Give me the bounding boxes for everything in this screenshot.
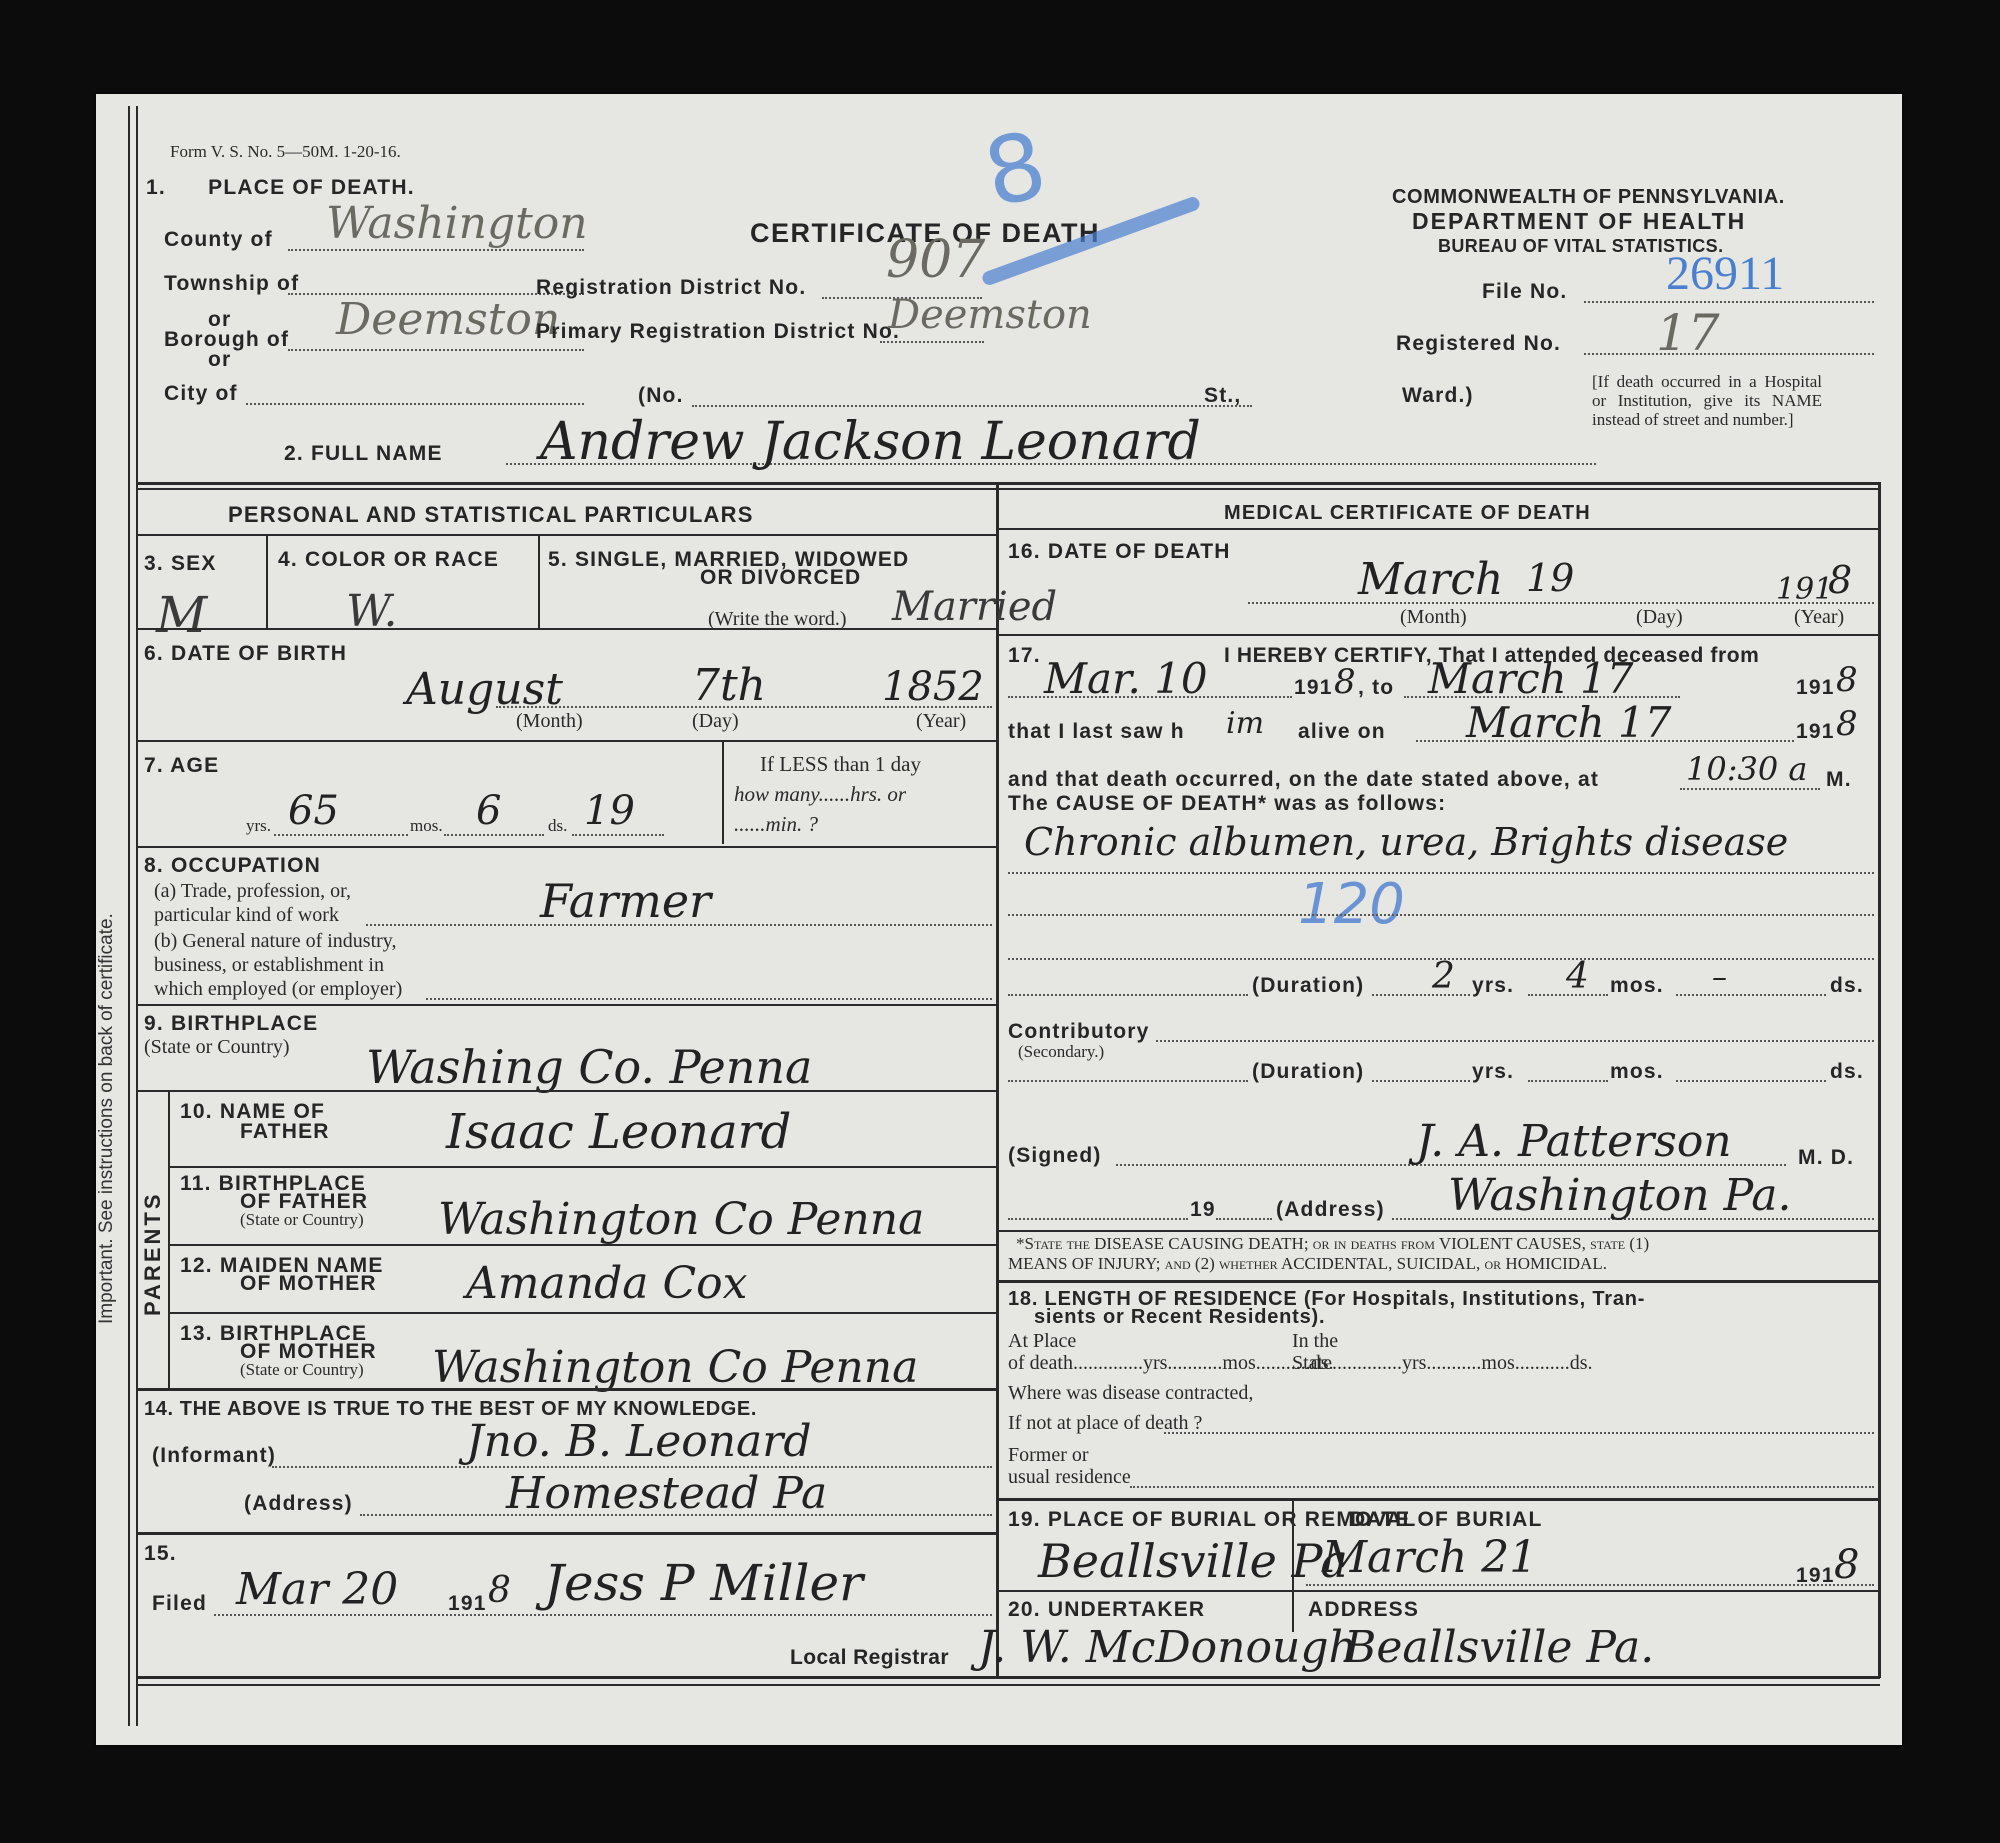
undertaker-address-value: Beallsville Pa. — [1344, 1622, 1654, 1673]
contracted-line — [1164, 1432, 1874, 1434]
duration-months-unit: mos. — [1610, 974, 1664, 998]
county-label: County of — [164, 228, 273, 252]
cause-code-value: 120 — [1298, 872, 1405, 937]
footnote-line-2: MEANS OF INJURY; and (2) whether ACCIDEN… — [1008, 1254, 1607, 1274]
primary-district-value: Deemston — [888, 292, 1092, 338]
occupation-label: 8. OCCUPATION — [144, 854, 321, 878]
dod-month-caption: (Month) — [1400, 606, 1467, 629]
rule-informant — [136, 1388, 996, 1391]
rule-footnote — [996, 1230, 1880, 1232]
physician-address-value: Washington Pa. — [1448, 1170, 1791, 1221]
rule-mother-bp — [168, 1312, 996, 1314]
local-registrar-label: Local Registrar — [790, 1646, 949, 1670]
sex-race-divider — [266, 534, 268, 628]
duration2-label: (Duration) — [1252, 1060, 1364, 1084]
dod-day-caption: (Day) — [1636, 606, 1683, 629]
time-line — [1680, 788, 1820, 790]
burial-year-suffix: 8 — [1834, 1542, 1859, 1588]
residence-label-2: sients or Recent Residents). — [1034, 1306, 1325, 1329]
grid-top-rule-2 — [136, 488, 1880, 490]
last-saw-year-suffix: 8 — [1836, 704, 1858, 744]
age-days-line — [572, 834, 664, 836]
undertaker-label: 20. UNDERTAKER — [1008, 1598, 1205, 1622]
mother-name-value: Amanda Cox — [466, 1258, 747, 1309]
age-months-unit: mos. — [410, 816, 443, 836]
father-name-label-2: FATHER — [240, 1120, 330, 1144]
signed-date-line — [1008, 1218, 1188, 1220]
occupation-b-line — [426, 998, 992, 1000]
grid-bottom-rule-2 — [136, 1684, 1880, 1686]
death-occurred-label: and that death occurred, on the date sta… — [1008, 768, 1599, 792]
registered-number-label: Registered No. — [1396, 332, 1561, 356]
occupation-a-1: (a) Trade, profession, or, — [154, 880, 351, 903]
attended-to-year-prefix: 191 — [1796, 676, 1835, 700]
occupation-value: Farmer — [540, 874, 711, 928]
sex-value: M — [156, 586, 207, 644]
primary-district-line — [880, 341, 984, 343]
agency-department: DEPARTMENT OF HEALTH — [1412, 208, 1746, 235]
hospital-note: [If death occurred in a Hospital or Inst… — [1592, 372, 1822, 429]
duration-pre-line — [1008, 994, 1248, 996]
race-marital-divider — [538, 534, 540, 628]
age-years-line — [274, 834, 408, 836]
age-months-value: 6 — [476, 788, 501, 834]
duration-days-unit: ds. — [1830, 974, 1864, 998]
cause-of-death-label: The CAUSE OF DEATH* was as follows: — [1008, 792, 1446, 816]
parents-label-text: PARENTS — [140, 1192, 165, 1317]
birthplace-sub: (State or Country) — [144, 1036, 290, 1059]
duration-days-value: – — [1712, 960, 1727, 995]
dod-year-prefix: 191 — [1776, 572, 1833, 607]
less-than-day-3: ......min. ? — [734, 812, 818, 837]
primary-district-label: Primary Registration District No. — [536, 320, 900, 344]
undertaker-value: J. W. McDonough — [978, 1622, 1357, 1673]
signed-year-label: 19 — [1190, 1198, 1216, 1222]
dob-day: 7th — [692, 660, 766, 711]
duration-days-line — [1676, 994, 1826, 996]
time-of-death-value: 10:30 a — [1686, 750, 1807, 788]
dob-month-caption: (Month) — [516, 710, 583, 733]
contributory-line — [1156, 1040, 1874, 1042]
last-saw-label: that I last saw h — [1008, 720, 1185, 744]
duration-years-unit: yrs. — [1472, 974, 1514, 998]
grid-top-rule — [136, 482, 1880, 485]
full-name-label: 2. FULL NAME — [284, 442, 443, 466]
dod-year-caption: (Year) — [1794, 606, 1844, 629]
occupation-b-2: business, or establishment in — [154, 954, 384, 977]
mother-name-label-2: OF MOTHER — [240, 1272, 377, 1296]
burial-date-line — [1306, 1584, 1874, 1586]
age-years-unit: yrs. — [246, 816, 271, 836]
age-days-unit: ds. — [548, 816, 567, 836]
dod-year-suffix: 8 — [1828, 558, 1852, 602]
contributory-sub: (Secondary.) — [1018, 1042, 1104, 1062]
marital-value: Married — [892, 584, 1057, 630]
informant-value: Jno. B. Leonard — [466, 1416, 812, 1467]
burial-divider — [1292, 1498, 1294, 1632]
medical-certificate-header: MEDICAL CERTIFICATE OF DEATH — [1224, 502, 1591, 525]
footnote-line-1: *State the DISEASE CAUSING DEATH; or in … — [1016, 1234, 1649, 1254]
registrar-signature: Jess P Miller — [544, 1554, 863, 1612]
informant-address-label: (Address) — [244, 1492, 353, 1516]
former-residence-label-1: Former or — [1008, 1444, 1089, 1467]
attended-to-year-suffix: 8 — [1836, 660, 1858, 700]
father-birthplace-value: Washington Co Penna — [438, 1194, 924, 1245]
dob-month: August — [406, 664, 563, 715]
birthplace-label: 9. BIRTHPLACE — [144, 1012, 318, 1036]
less-than-day-1: If LESS than 1 day — [760, 752, 921, 777]
attended-from-year-suffix: 8 — [1334, 662, 1356, 702]
rule-burial — [996, 1498, 1880, 1501]
dob-label: 6. DATE OF BIRTH — [144, 642, 347, 666]
filed-date-value: Mar 20 — [236, 1564, 398, 1615]
informant-label: (Informant) — [152, 1444, 276, 1468]
duration2-days-unit: ds. — [1830, 1060, 1864, 1084]
filed-year-suffix: 8 — [488, 1570, 511, 1611]
file-number-label: File No. — [1482, 280, 1567, 304]
father-name-value: Isaac Leonard — [446, 1104, 791, 1160]
contracted-label-1: Where was disease contracted, — [1008, 1382, 1253, 1405]
left-rule-inner — [136, 106, 138, 1726]
duration2-years-line — [1372, 1080, 1470, 1082]
age-days-value: 19 — [584, 788, 635, 834]
parents-label: PARENTS — [140, 1192, 166, 1317]
filed-number: 15. — [144, 1542, 177, 1566]
undertaker-address-label: ADDRESS — [1308, 1598, 1419, 1622]
city-line — [246, 403, 584, 405]
last-saw-date: March 17 — [1466, 698, 1672, 747]
last-saw-year-prefix: 191 — [1796, 720, 1835, 744]
duration2-days-line — [1676, 1080, 1826, 1082]
dod-label: 16. DATE OF DEATH — [1008, 540, 1231, 564]
street-label: St., — [1204, 384, 1241, 408]
duration-years-line — [1372, 994, 1470, 996]
occupation-a-2: particular kind of work — [154, 904, 339, 927]
occupation-b-3: which employed (or employer) — [154, 978, 402, 1001]
file-number-value: 26911 — [1666, 246, 1784, 301]
county-line — [288, 249, 584, 251]
filed-label: Filed — [152, 1592, 207, 1616]
father-birthplace-sub: (State or Country) — [240, 1210, 364, 1230]
in-state-label-1: In the — [1292, 1330, 1338, 1353]
parents-divider — [168, 1090, 170, 1388]
certify-number: 17. — [1008, 644, 1041, 668]
rule-row-sex — [136, 534, 996, 536]
sex-label: 3. SEX — [144, 552, 217, 576]
agency-commonwealth: COMMONWEALTH OF PENNSYLVANIA. — [1392, 186, 1785, 209]
margin-note-text: Important. See instructions on back of c… — [96, 913, 117, 1324]
cause-line-2 — [1008, 914, 1874, 916]
city-label: City of — [164, 382, 238, 406]
margin-instruction-note: Important. See instructions on back of c… — [96, 913, 118, 1324]
cause-line-1 — [1008, 872, 1874, 874]
age-years-value: 65 — [288, 788, 339, 834]
signed-year-line — [1216, 1218, 1272, 1220]
dob-day-caption: (Day) — [692, 710, 739, 733]
rule-mother-name — [168, 1244, 996, 1246]
rule-row-parents — [136, 1090, 996, 1092]
registration-district-value: 907 — [886, 230, 985, 290]
rule-residence — [996, 1280, 1880, 1283]
former-residence-label-2: usual residence — [1008, 1466, 1131, 1489]
burial-year-prefix: 191 — [1796, 1564, 1835, 1588]
meridiem-label: M. — [1826, 768, 1852, 792]
last-saw-pronoun: im — [1226, 706, 1264, 741]
registered-number-line — [1584, 353, 1874, 355]
rule-row-age — [136, 740, 996, 742]
physician-signature: J. A. Patterson — [1416, 1116, 1732, 1167]
md-label: M. D. — [1798, 1146, 1854, 1170]
duration2-years-unit: yrs. — [1472, 1060, 1514, 1084]
rule-row-occupation — [136, 846, 996, 848]
street-number-line — [692, 405, 1252, 407]
file-number-line — [1584, 301, 1874, 303]
ward-label: Ward.) — [1402, 384, 1474, 408]
rule-dod — [996, 528, 1880, 530]
at-place-label-2: of death..............yrs...........mos.… — [1008, 1352, 1334, 1375]
rule-row-birthplace — [136, 1004, 996, 1006]
former-residence-line — [1130, 1486, 1874, 1488]
rule-certify — [996, 634, 1880, 636]
in-state-label-2: State..............yrs...........mos....… — [1292, 1352, 1593, 1375]
burial-date-label: DATE OF BURIAL — [1350, 1508, 1543, 1532]
left-rule-outer — [128, 106, 130, 1726]
rule-filed — [136, 1532, 996, 1535]
form-number: Form V. S. No. 5—50M. 1-20-16. — [170, 142, 401, 162]
dod-day: 19 — [1526, 556, 1574, 600]
race-label: 4. COLOR OR RACE — [278, 548, 499, 572]
place-of-death-heading: 1. PLACE OF DEATH. — [146, 176, 415, 200]
personal-particulars-header: PERSONAL AND STATISTICAL PARTICULARS — [228, 502, 754, 528]
alive-on-label: alive on — [1298, 720, 1386, 744]
signed-label: (Signed) — [1008, 1144, 1102, 1168]
full-name-value: Andrew Jackson Leonard — [540, 412, 1201, 472]
duration2-months-unit: mos. — [1610, 1060, 1664, 1084]
attended-to-date: March 17 — [1428, 654, 1634, 703]
burial-place-value: Beallsville Pa — [1038, 1534, 1348, 1588]
contributory-label: Contributory — [1008, 1020, 1150, 1044]
attended-from-date: Mar. 10 — [1044, 654, 1208, 703]
county-value: Washington — [326, 198, 588, 249]
cause-of-death-value: Chronic albumen, urea, Brights disease — [1024, 820, 1788, 864]
age-divider — [722, 740, 724, 844]
duration-years-value: 2 — [1432, 956, 1455, 997]
duration-label: (Duration) — [1252, 974, 1364, 998]
blue-pencil-mark: 8 — [976, 111, 1056, 228]
filed-year-prefix: 191 — [448, 1592, 487, 1616]
township-label: Township of — [164, 272, 299, 296]
at-place-label-1: At Place — [1008, 1330, 1076, 1353]
grid-bottom-rule — [136, 1676, 1880, 1679]
age-months-line — [444, 834, 544, 836]
duration2-pre-line — [1008, 1080, 1248, 1082]
duration-months-value: 4 — [1566, 956, 1589, 997]
dob-year-caption: (Year) — [916, 710, 966, 733]
rule-father-bp — [168, 1166, 996, 1168]
rule-undertaker — [996, 1590, 1880, 1592]
attended-from-year-prefix: 191 — [1294, 676, 1333, 700]
attended-to-label: , to — [1358, 676, 1394, 700]
less-than-day-2: how many......hrs. or — [734, 782, 906, 807]
street-number-label: (No. — [638, 384, 684, 408]
death-certificate: Important. See instructions on back of c… — [96, 94, 1902, 1745]
or-text-2: or — [208, 348, 231, 372]
borough-line — [288, 349, 584, 351]
registered-number-value: 17 — [1656, 304, 1720, 362]
age-label: 7. AGE — [144, 754, 219, 778]
physician-address-label: (Address) — [1276, 1198, 1385, 1222]
dob-year: 1852 — [882, 664, 984, 710]
occupation-b-1: (b) General nature of industry, — [154, 930, 397, 953]
mother-birthplace-sub: (State or Country) — [240, 1360, 364, 1380]
borough-value: Deemston — [336, 294, 560, 345]
dod-month: March — [1358, 554, 1503, 605]
rule-row-dob — [136, 628, 996, 630]
birthplace-value: Washing Co. Penna — [366, 1040, 812, 1094]
mother-birthplace-value: Washington Co Penna — [432, 1342, 918, 1393]
duration2-months-line — [1528, 1080, 1608, 1082]
informant-address-value: Homestead Pa — [506, 1468, 827, 1519]
burial-date-value: March 21 — [1322, 1532, 1537, 1583]
registration-district-label: Registration District No. — [536, 276, 806, 300]
marital-label-2: OR DIVORCED — [700, 566, 861, 590]
